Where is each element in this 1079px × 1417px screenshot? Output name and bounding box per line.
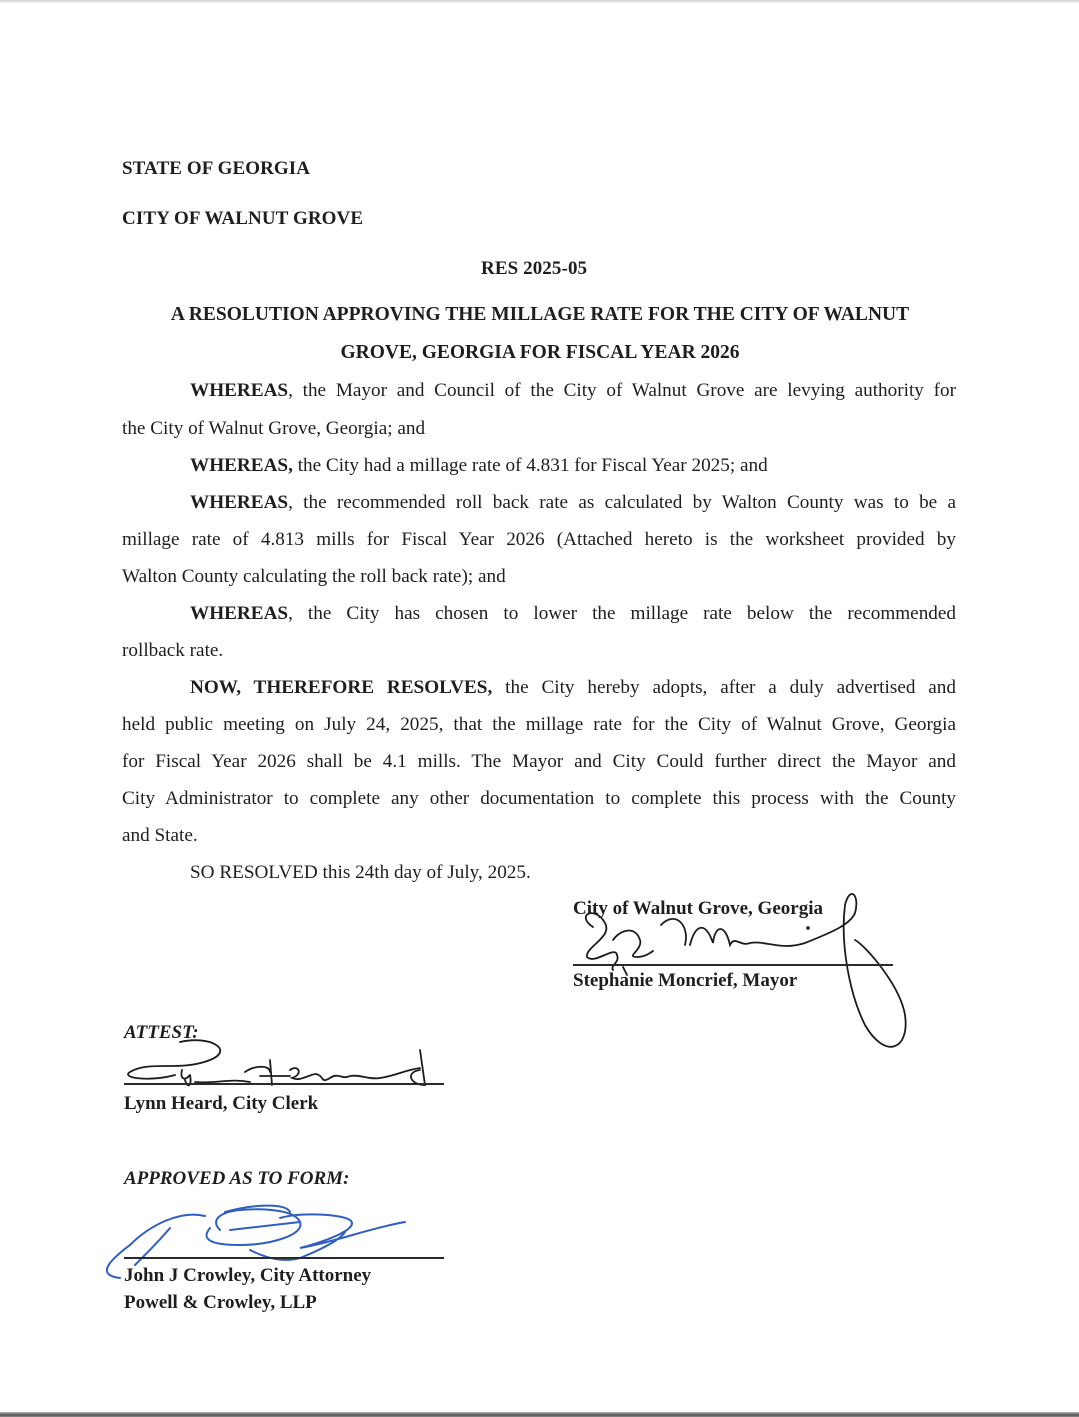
resolves-lead: NOW, THEREFORE RESOLVES, bbox=[190, 677, 492, 698]
whereas-3-line-1: WHEREAS, the recommended roll back rate … bbox=[122, 492, 956, 514]
whereas-1-line-2: the City of Walnut Grove, Georgia; and bbox=[122, 418, 956, 440]
clerk-signer-name: Lynn Heard, City Clerk bbox=[124, 1093, 318, 1115]
whereas-3-line-2: millage rate of 4.813 mills for Fiscal Y… bbox=[122, 529, 956, 551]
resolution-title-line-1: A RESOLUTION APPROVING THE MILLAGE RATE … bbox=[110, 304, 970, 326]
whereas-lead: WHEREAS bbox=[190, 603, 288, 624]
whereas-lead: WHEREAS, bbox=[190, 455, 293, 476]
state-heading: STATE OF GEORGIA bbox=[122, 158, 310, 180]
mayor-signer-name: Stephanie Moncrief, Mayor bbox=[573, 970, 797, 992]
approved-as-to-form-label: APPROVED AS TO FORM: bbox=[124, 1168, 349, 1190]
whereas-3-line-3: Walton County calculating the roll back … bbox=[122, 566, 956, 588]
whereas-2-line-1: WHEREAS, the City had a millage rate of … bbox=[122, 455, 956, 477]
so-resolved-line: SO RESOLVED this 24th day of July, 2025. bbox=[190, 862, 531, 884]
whereas-lead: WHEREAS bbox=[190, 380, 288, 401]
resolution-title-line-2: GROVE, GEORGIA FOR FISCAL YEAR 2026 bbox=[110, 342, 970, 364]
resolves-line-1: NOW, THEREFORE RESOLVES, the City hereby… bbox=[122, 677, 956, 699]
whereas-lead: WHEREAS bbox=[190, 492, 288, 513]
mayor-signature-line bbox=[573, 964, 893, 966]
resolution-number: RES 2025-05 bbox=[481, 258, 587, 280]
clerk-signature-icon bbox=[120, 1030, 460, 1090]
clerk-signature-line bbox=[124, 1083, 444, 1085]
resolves-line-2: held public meeting on July 24, 2025, th… bbox=[122, 714, 956, 736]
scan-edge-top bbox=[0, 0, 1079, 3]
whereas-4-line-1: WHEREAS, the City has chosen to lower th… bbox=[122, 603, 956, 625]
scan-edge-bottom bbox=[0, 1412, 1079, 1417]
resolves-line-5: and State. bbox=[122, 825, 956, 847]
whereas-4-line-2: rollback rate. bbox=[122, 640, 956, 662]
resolves-line-3: for Fiscal Year 2026 shall be 4.1 mills.… bbox=[122, 751, 956, 773]
attorney-signature-line bbox=[124, 1257, 444, 1259]
attorney-signer-name: John J Crowley, City Attorney bbox=[124, 1265, 371, 1287]
attorney-firm-name: Powell & Crowley, LLP bbox=[124, 1292, 317, 1314]
resolves-line-4: City Administrator to complete any other… bbox=[122, 788, 956, 810]
city-heading: CITY OF WALNUT GROVE bbox=[122, 208, 363, 230]
whereas-1-line-1: WHEREAS, the Mayor and Council of the Ci… bbox=[122, 380, 956, 402]
